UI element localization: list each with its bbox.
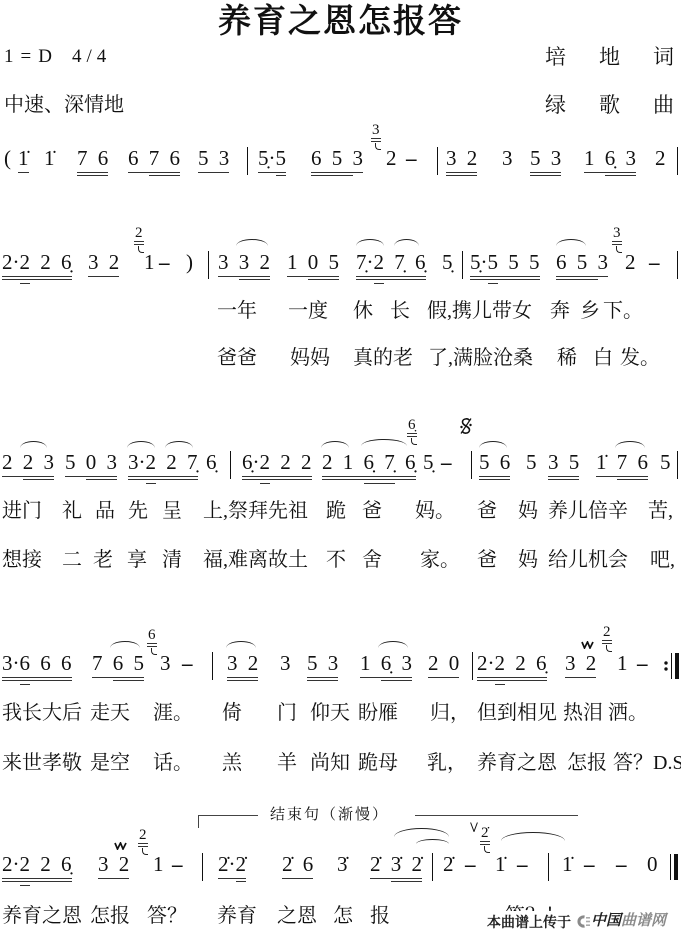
lyric: 妈妈 <box>290 345 330 371</box>
note-segment: – <box>406 146 417 170</box>
lyric: 稀 <box>557 345 577 371</box>
lyric: 长 <box>390 298 410 324</box>
lyric: 报 <box>370 903 390 929</box>
open-paren: ( <box>4 146 11 170</box>
repeat-dots <box>664 660 668 672</box>
note-segment: 1̇ <box>562 852 573 876</box>
note-segment: 3 <box>218 250 239 277</box>
lyrics-verse-1: 进门 礼 品 先 呈 上,祭拜先祖 跪 爸 妈。 爸 妈 养儿倍辛 苦, <box>0 498 681 524</box>
lyric: 门 <box>277 700 297 726</box>
note-group: 1 <box>153 852 164 876</box>
note-group: 7̣·2 7̣ 6̣ <box>356 250 426 274</box>
note-segment: 3 <box>353 146 364 173</box>
lyric: 乡 <box>580 298 600 324</box>
note-segment: 1 <box>360 651 381 678</box>
lyric: 爸爸 <box>217 345 257 371</box>
note-group: 2̇ 6 <box>282 852 313 876</box>
note-segment: 2̇ <box>236 852 247 883</box>
note-group: 1̇ <box>44 146 55 170</box>
slur <box>110 641 140 648</box>
note-segment: 3 2 <box>227 651 258 682</box>
note-segment: 7 6 <box>149 146 180 177</box>
note-segment: 2· <box>477 651 495 682</box>
grace-note: 3 <box>612 225 622 245</box>
note-group: 2 0 <box>428 651 459 675</box>
note-group: 3 3 2 <box>218 250 270 274</box>
note-group: 5 3 <box>198 146 229 170</box>
note-segment: 5 3 <box>198 146 229 173</box>
lyric: 一度 <box>288 298 328 324</box>
lyric: 倚 <box>222 700 242 726</box>
note-group: 3 <box>280 651 291 675</box>
lyricist-credit: 培地词 <box>545 45 681 69</box>
lyric: 仰天 <box>310 700 350 726</box>
sustain-dash: – <box>441 450 452 474</box>
note-segment: 2 <box>655 146 666 170</box>
note-group: 1 <box>617 651 628 675</box>
slur <box>20 441 47 448</box>
barline <box>432 853 433 881</box>
note-segment: 2 <box>20 250 31 284</box>
note-segment: 1 <box>153 852 164 876</box>
lyric: 福,难离故土 <box>203 547 308 573</box>
lyric: 一年 <box>217 298 257 324</box>
thick-barline <box>674 854 678 880</box>
note-segment: 5̣ <box>423 450 434 474</box>
note-group: 2 <box>655 146 666 170</box>
lyric: 真的老 <box>353 345 413 371</box>
lyric: 吧, <box>650 547 675 573</box>
lyric: 给儿机会 <box>548 547 628 573</box>
lyric: 休 <box>353 298 373 324</box>
lyric: 养育 <box>217 903 257 929</box>
thin-barline <box>671 653 672 679</box>
grace-note: 6 <box>147 627 157 647</box>
barline <box>471 451 472 479</box>
note-segment: 5 6 <box>479 450 510 481</box>
lyric: 养儿倍辛 <box>548 498 628 524</box>
note-group: 3 2 <box>88 250 119 274</box>
note-group: 2 <box>386 146 397 170</box>
note-segment: 2 7̣ <box>156 450 198 481</box>
note-group: 2 <box>625 250 636 274</box>
note-segment: 2 2 <box>270 450 312 481</box>
note-segment: 5 5 <box>498 250 540 281</box>
grace-note: 2 <box>602 624 612 644</box>
sustain-dash: – <box>616 852 627 876</box>
lyric: 了,满脸沧桑 <box>428 345 533 371</box>
thick-barline <box>675 653 679 679</box>
note-group: 6 7 6 <box>128 146 180 170</box>
lyric: 进门 <box>2 498 42 524</box>
note-segment: 0 5 <box>308 250 339 281</box>
note-segment: 3 <box>502 146 513 170</box>
note-group: ( <box>4 146 11 170</box>
note-segment: 3 <box>598 250 609 277</box>
note-segment: 5 <box>488 250 499 284</box>
slur <box>556 239 586 246</box>
lyric: 爸 <box>362 498 382 524</box>
note-group: 3·2 2 7̣ <box>128 450 198 474</box>
note-segment: 3 2 <box>565 651 596 678</box>
note-group: 2 2 3 <box>2 450 54 474</box>
mordent-icon <box>581 641 594 649</box>
slur <box>378 641 408 648</box>
lyric: 怎报 <box>90 903 130 929</box>
note-group: 1̇ <box>18 146 29 170</box>
grace-note: 2 <box>134 225 144 245</box>
note-group: 5 3 <box>307 651 338 675</box>
note-segment: 2 <box>495 651 506 685</box>
note-group: 1̇ <box>562 852 573 876</box>
repeat-end-barline <box>664 653 680 679</box>
note-segment: 2 <box>2 450 23 477</box>
ending-bracket-line <box>415 815 578 816</box>
composer-credit: 绿歌曲 <box>545 93 681 117</box>
sustain-dash: – <box>649 250 660 274</box>
lyric: 羊 <box>277 750 297 776</box>
barline <box>548 853 549 881</box>
barline <box>230 451 231 479</box>
rest: 0 <box>647 852 658 876</box>
note-group: 1 0 5 <box>287 250 339 274</box>
watermark-site-name: 中国曲谱网 <box>591 911 666 931</box>
note-segment: 6 6 <box>30 651 72 682</box>
note-segment: 1 <box>584 146 605 173</box>
barline <box>202 853 203 881</box>
lyric: 清 <box>162 547 182 573</box>
lyric: 尚知 <box>310 750 350 776</box>
grace-note: 6̣ <box>407 417 417 437</box>
time-signature: 4/4 <box>72 45 111 69</box>
slur <box>321 441 349 448</box>
mordent-icon <box>114 842 127 850</box>
note-group: 2·2 2 6̣ <box>2 250 72 274</box>
barline <box>212 652 213 680</box>
lyric: 之恩 <box>277 903 317 929</box>
note-segment: 5 <box>65 450 86 477</box>
lyric: 热泪 <box>563 700 603 726</box>
lyric: 爸 <box>477 498 497 524</box>
barline <box>677 147 678 175</box>
note-segment: 6 <box>128 146 149 173</box>
note-group: 1 6̣ 3 <box>584 146 636 170</box>
sustain-dash: – <box>637 651 648 675</box>
lyric: 舍 <box>362 547 382 573</box>
sheet-music-page: 养育之恩怎报答 1=D 4/4 中速、深情地 培地词 绿歌曲 ( 1̇ 1̇ 7… <box>0 0 681 936</box>
note-segment: 1̇ <box>596 450 617 477</box>
note-segment: 6̣· <box>242 450 260 481</box>
note-segment: 2̇· <box>218 852 236 879</box>
note-segment: 3· <box>2 651 20 682</box>
lyric: 家。 <box>420 547 460 573</box>
slur <box>501 832 565 841</box>
note-group: 3 2 <box>227 651 258 675</box>
note-segment: 2̇ 6 <box>282 852 313 879</box>
sustain-dash: – <box>406 146 417 170</box>
note-segment: 2 <box>625 250 636 274</box>
system-3: 2 2 3 5 0 3 3·2 2 7̣ 6̣ 6̣·2 2 2 2 1 6̣ … <box>0 450 681 480</box>
note-segment: 6 5 <box>311 146 353 177</box>
note-segment: 5̣· <box>258 146 276 173</box>
ending-bracket-tick <box>198 815 199 828</box>
note-group: 1̇ 7 6 <box>596 450 648 474</box>
note-segment: 2 1 <box>322 450 364 481</box>
note-segment: 6̣ <box>206 450 217 474</box>
barline <box>677 451 678 479</box>
lyric: 二 <box>62 547 82 573</box>
note-segment: 6̣ 3 <box>381 651 412 682</box>
note-group: 5 <box>660 450 671 474</box>
lyric: 妈 <box>518 498 538 524</box>
segno-icon <box>459 417 473 435</box>
lyric: 品 <box>95 498 115 524</box>
note-group: 5 <box>526 450 537 474</box>
lyric: 奔 <box>550 298 570 324</box>
lyric: 想接 <box>2 547 42 573</box>
note-segment: 3 2 <box>98 852 129 879</box>
barline <box>677 251 678 279</box>
note-segment: 2 6̣ <box>30 852 72 883</box>
slur <box>356 239 384 246</box>
slur <box>226 641 256 648</box>
note-segment: 2 3 <box>23 450 54 481</box>
tie <box>416 839 449 844</box>
note-segment: 3̇ 2̇ <box>391 852 422 883</box>
lyric: 话。 <box>153 750 193 776</box>
note-group: 1 6̣ 3 <box>360 651 412 675</box>
note-group: 3 <box>160 651 171 675</box>
note-segment: – <box>159 250 170 274</box>
note-group: 3 2 <box>565 651 596 675</box>
song-title: 养育之恩怎报答 <box>0 2 681 42</box>
note-group: 3 2 <box>98 852 129 876</box>
system-5: 2·2 2 6̣ 3 2 2 1 – 2̇·2̇ 2̇ 6 3̇ 2̇ 3̇ 2… <box>0 852 681 882</box>
slur <box>394 239 419 246</box>
watermark-prefix: 本曲谱上传于 <box>487 912 571 932</box>
lyric: 涯。 <box>153 700 193 726</box>
note-group: 5 3 <box>530 146 561 170</box>
note-segment: 2 <box>260 450 271 484</box>
lyric: 发。 <box>620 345 660 371</box>
thin-barline <box>670 854 671 880</box>
lyric: 是空 <box>90 750 130 776</box>
slur <box>394 828 449 837</box>
note-group: 2̇ <box>443 852 454 876</box>
slur <box>361 439 407 446</box>
note-segment: – <box>517 852 528 876</box>
note-segment: 7 6 <box>617 450 648 481</box>
sustain-dash: – <box>517 852 528 876</box>
note-segment: 2̇ <box>443 852 454 876</box>
lyrics-verse-2: 爸爸 妈妈 真的老 了,满脸沧桑 稀 白 发。 <box>0 345 681 371</box>
lyric: 跪母 <box>358 750 398 776</box>
note-group: 5 6 <box>479 450 510 474</box>
note-segment: – <box>616 852 627 876</box>
lyric: 苦, <box>648 498 673 524</box>
note-group: 0 <box>647 852 658 876</box>
note-segment: – <box>182 651 193 675</box>
note-group: 2̇·2̇ <box>218 852 246 876</box>
lyric: 白 <box>593 345 613 371</box>
sustain-dash: – <box>172 852 183 876</box>
barline <box>437 147 438 175</box>
lyrics-verse-2: 想接 二 老 享 清 福,难离故土 不 舍 家。 爸 妈 给儿机会 吧, <box>0 547 681 573</box>
note-segment: 2 6̣ <box>505 651 547 682</box>
note-group: 5̣·5 5 5 <box>470 250 540 274</box>
site-name-part: 中国 <box>591 912 621 929</box>
slur <box>615 441 645 448</box>
note-group: 7 6 5 <box>92 651 144 675</box>
note-segment: – <box>441 450 452 474</box>
note-segment: 1̇ <box>18 146 29 173</box>
note-segment: – <box>172 852 183 876</box>
lyric: 老 <box>93 547 113 573</box>
note-segment: 6 5 <box>113 651 144 682</box>
note-segment: 2 6̣ <box>30 250 72 281</box>
lyric: 礼 <box>62 498 82 524</box>
note-segment: – <box>649 250 660 274</box>
note-segment: 3 2 <box>88 250 119 277</box>
note-segment: 6̣ <box>395 450 416 481</box>
note-group: 3 2 <box>446 146 477 170</box>
lyric: 乳， <box>427 750 467 776</box>
note-segment: 3 2 <box>239 250 270 281</box>
lyric: 呈 <box>162 498 182 524</box>
note-group: 2 1 6̣ 7̣ 6̣ <box>322 450 416 474</box>
lyric: 享 <box>127 547 147 573</box>
note-group: 5̣ <box>423 450 434 474</box>
lyric: 妈。 <box>415 498 455 524</box>
site-name-part: 曲谱网 <box>621 912 666 929</box>
lyrics-verse-2: 来世孝敬 是空 话。 羔 羊 尚知 跪母 乳， 养育之恩 怎报 答？D.S <box>0 750 681 776</box>
barline <box>472 652 473 680</box>
sustain-dash: – <box>159 250 170 274</box>
barline <box>208 251 209 279</box>
lyric: 答？ <box>147 903 187 929</box>
note-segment: 1 <box>287 250 308 277</box>
note-segment: 2̇ <box>370 852 391 879</box>
key-signature: 1=D <box>4 45 59 69</box>
note-segment: 7 6 <box>77 146 108 177</box>
note-segment: – <box>637 651 648 675</box>
note-segment: 1̇ <box>44 146 55 170</box>
note-group: 5̣ <box>442 250 453 274</box>
note-segment: – <box>584 852 595 876</box>
note-group: 3 <box>502 146 513 170</box>
note-group: 5̣·5 <box>258 146 286 170</box>
lyric-with-dal-segno: 答？D.S <box>613 750 681 776</box>
grace-note: 2̇ <box>480 825 490 845</box>
note-segment: 3 2 <box>446 146 477 177</box>
note-group: 1̇ <box>495 852 506 876</box>
lyric: 走天 <box>90 700 130 726</box>
lyric: 不 <box>326 547 346 573</box>
slur <box>479 441 507 448</box>
lyric: 但到相见 <box>477 700 557 726</box>
slur <box>236 239 268 246</box>
slur <box>127 441 155 448</box>
note-segment: 1 <box>144 250 155 274</box>
lyric: 爸 <box>477 547 497 573</box>
note-segment: 7 <box>92 651 113 678</box>
grace-note: 3 <box>371 122 381 142</box>
note-group: 5 0 3 <box>65 450 117 474</box>
note-group: 2·2 2 6̣ <box>2 852 72 876</box>
note-segment: 5 <box>276 146 287 177</box>
note-segment: 5̣ <box>442 250 453 274</box>
sustain-dash: – <box>465 852 476 876</box>
note-segment: 5 3 <box>530 146 561 177</box>
lyric: 先 <box>128 498 148 524</box>
note-group: 6̣ <box>206 450 217 474</box>
lyric: 羔 <box>222 750 242 776</box>
note-segment: 5̣· <box>470 250 488 281</box>
lyric: 我长大后 <box>2 700 82 726</box>
note-segment: 3̇ <box>337 852 348 876</box>
note-group: 6̣·2 2 2 <box>242 450 312 474</box>
note-segment: 2 <box>146 450 157 484</box>
note-group: 3 5 <box>548 450 579 474</box>
note-segment: 2 <box>386 146 397 170</box>
note-segment: 3· <box>128 450 146 481</box>
ending-bracket-line <box>198 815 258 816</box>
slur <box>165 441 193 448</box>
note-segment: 2 <box>20 852 31 886</box>
note-segment: 5 3 <box>307 651 338 682</box>
note-segment: 2· <box>2 852 20 883</box>
note-segment: 7̣ 6̣ <box>384 250 426 281</box>
note-segment: 2· <box>2 250 20 281</box>
lyric: 洒。 <box>608 700 648 726</box>
sustain-dash: – <box>182 651 193 675</box>
note-segment: 3 <box>160 651 171 675</box>
note-segment: – <box>465 852 476 876</box>
note-group: 2·2 2 6̣ <box>477 651 547 675</box>
note-group: 3·6 6 6 <box>2 651 72 675</box>
note-segment: 6 <box>20 651 31 685</box>
grace-note: 2 <box>138 827 148 847</box>
note-segment: 6̣ 3 <box>605 146 636 177</box>
ending-phrase-label: 结束句（渐慢） <box>270 806 389 824</box>
note-group: 6 5 3 <box>311 146 363 170</box>
note-group: 2̇ 3̇ 2̇ <box>370 852 422 876</box>
note-group: 1 <box>144 250 155 274</box>
close-paren: ) <box>186 250 193 274</box>
note-segment: 6̣ 7̣ <box>364 450 395 484</box>
lyric: 假,携儿带女 <box>427 298 532 324</box>
note-segment: 1̇ <box>495 852 506 876</box>
site-logo-icon <box>577 915 591 928</box>
lyrics-verse-1: 我长大后 走天 涯。 倚 门 仰天 盼雁 归， 但到相见 热泪 洒。 <box>0 700 681 726</box>
note-segment: 3 5 <box>548 450 579 481</box>
lyric: 归， <box>430 700 470 726</box>
barline <box>247 147 248 175</box>
barline <box>462 251 463 279</box>
note-segment: 0 3 <box>86 450 117 481</box>
note-group: ) <box>186 250 193 274</box>
note-group: 6 5 3 <box>556 250 608 274</box>
note-segment: 6 5 <box>556 250 598 281</box>
note-segment: 3 <box>280 651 291 675</box>
lyric: 盼雁 <box>358 700 398 726</box>
note-segment: 5 <box>660 450 671 474</box>
breath-mark-icon <box>470 822 478 832</box>
lyric: 怎报 <box>567 750 607 776</box>
lyric: 下。 <box>603 298 643 324</box>
note-segment: 2 <box>374 250 385 284</box>
system-4: 3·6 6 6 7 6 5 6 3 – 3 2 3 5 3 1 6̣ 3 2 0… <box>0 651 681 681</box>
